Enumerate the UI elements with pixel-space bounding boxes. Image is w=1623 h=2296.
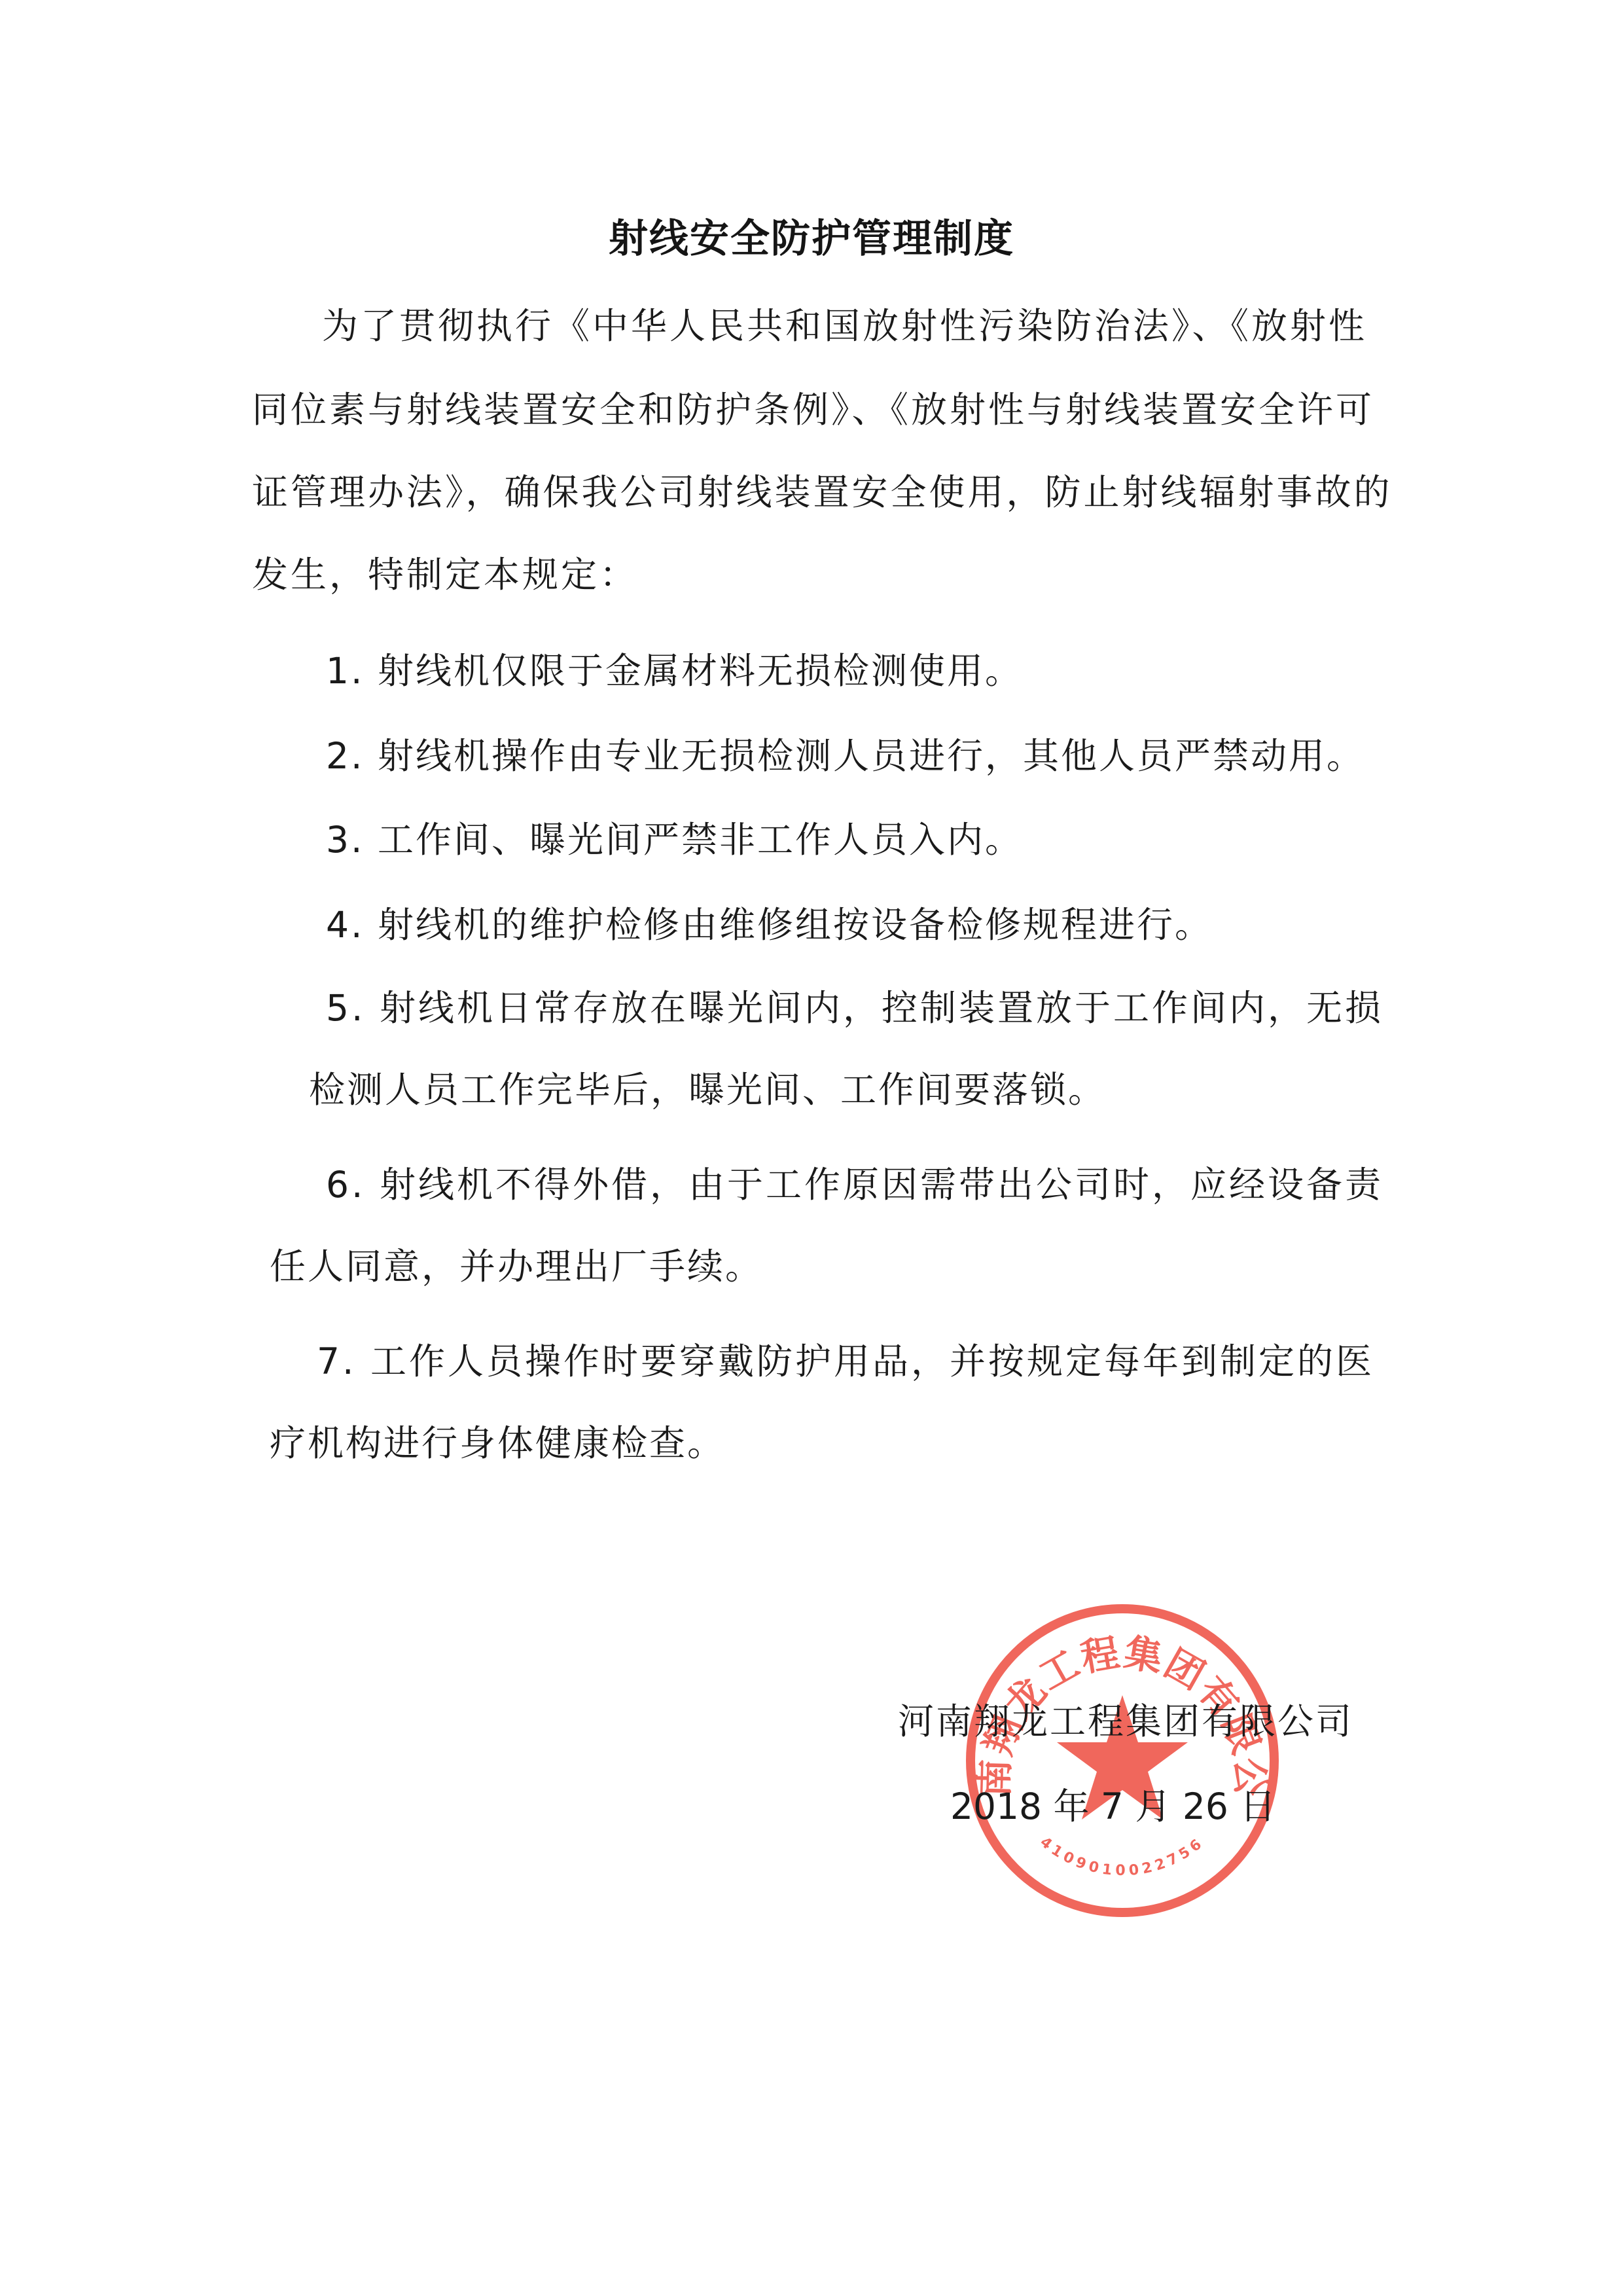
intro-line: 为了贯彻执行《中华人民共和国放射性污染防治法》、《放射性 — [322, 302, 1367, 350]
rule-number: 2. — [326, 735, 364, 777]
document-page: 射线安全防护管理制度 为了贯彻执行《中华人民共和国放射性污染防治法》、《放射性 … — [0, 0, 1623, 2296]
intro-line: 发生，特制定本规定： — [252, 551, 638, 598]
seal-code: 4109010022756 — [1037, 1834, 1207, 1879]
rule-item-6-continuation: 任人同意，并办理出厂手续。 — [270, 1243, 763, 1290]
rule-text: 工作间、曝光间严禁非工作人员入内。 — [378, 819, 1023, 861]
rule-number: 7. — [317, 1340, 356, 1382]
rule-item-2: 2. 射线机操作由专业无损检测人员进行，其他人员严禁动用。 — [326, 732, 1364, 780]
document-title: 射线安全防护管理制度 — [0, 213, 1623, 265]
rule-text: 射线机日常存放在曝光间内，控制装置放于工作间内，无损 — [380, 987, 1383, 1029]
rule-number: 6. — [326, 1164, 365, 1206]
rule-item-7: 7. 工作人员操作时要穿戴防护用品，并按规定每年到制定的医 — [317, 1338, 1374, 1385]
rule-text: 射线机仅限于金属材料无损检测使用。 — [378, 650, 1023, 692]
rule-text: 射线机的维护检修由维修组按设备检修规程进行。 — [378, 904, 1213, 946]
rule-text: 射线机操作由专业无损检测人员进行，其他人员严禁动用。 — [378, 735, 1364, 777]
rule-number: 4. — [326, 904, 364, 946]
rule-item-5-continuation: 检测人员工作完毕后，曝光间、工作间要落锁。 — [309, 1066, 1106, 1113]
rule-number: 5. — [326, 987, 365, 1029]
rule-item-4: 4. 射线机的维护检修由维修组按设备检修规程进行。 — [326, 901, 1213, 948]
rule-item-3: 3. 工作间、曝光间严禁非工作人员入内。 — [326, 816, 1023, 863]
intro-line: 证管理办法》，确保我公司射线装置安全使用，防止射线辐射事故的 — [252, 469, 1393, 516]
rule-number: 1. — [326, 650, 364, 692]
rule-text: 工作人员操作时要穿戴防护用品，并按规定每年到制定的医 — [370, 1340, 1374, 1382]
rule-item-1: 1. 射线机仅限于金属材料无损检测使用。 — [326, 647, 1023, 694]
rule-text: 射线机不得外借，由于工作原因需带出公司时，应经设备责 — [380, 1164, 1383, 1206]
company-seal-stamp: 河南翔龙工程集团有限公司 4109010022756 — [959, 1597, 1286, 1924]
rule-number: 3. — [326, 819, 364, 861]
rule-item-5: 5. 射线机日常存放在曝光间内，控制装置放于工作间内，无损 — [326, 984, 1383, 1031]
rule-item-6: 6. 射线机不得外借，由于工作原因需带出公司时，应经设备责 — [326, 1161, 1383, 1208]
intro-line: 同位素与射线装置安全和防护条例》、《放射性与射线装置安全许可 — [252, 386, 1374, 433]
signature-date: 2018 年 7 月 26 日 — [950, 1783, 1275, 1830]
rule-item-7-continuation: 疗机构进行身体健康检查。 — [270, 1420, 725, 1467]
signature-company: 河南翔龙工程集团有限公司 — [898, 1698, 1353, 1745]
